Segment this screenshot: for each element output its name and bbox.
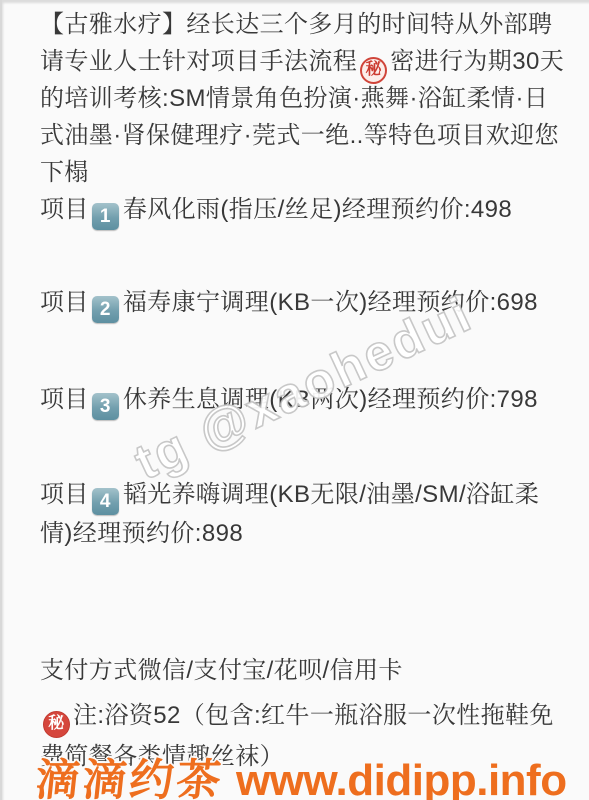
project-item-4: 项目4韬光养嗨调理(KB无限/油墨/SM/浴缸柔情)经理预约价:898	[40, 476, 557, 552]
keycap-3-icon: 3	[92, 393, 119, 420]
project-2-desc: 福寿康宁调理(KB一次)经理预约价:698	[123, 289, 538, 316]
intro-line-2-after: 密进行为期30天	[390, 48, 564, 75]
project-4-prefix: 项目	[40, 481, 89, 508]
keycap-1-icon: 1	[92, 203, 119, 230]
ad-banner: 滴滴约茶www.didipp.info	[36, 744, 567, 800]
project-item-2: 项目2福寿康宁调理(KB一次)经理预约价:698	[40, 284, 557, 323]
keycap-2-icon: 2	[92, 296, 119, 323]
ad-banner-site-name: 滴滴约茶	[33, 744, 228, 800]
intro-line-4: 式油墨·肾保健理疗·莞式一绝..等特色项目欢迎您	[40, 117, 564, 154]
payment-methods-line: 支付方式微信/支付宝/花呗/信用卡	[40, 652, 403, 689]
intro-paragraph: 【古雅水疗】经长达三个多月的时间特从外部聘 请专业人士针对项目手法流程秘密进行为…	[40, 6, 564, 191]
intro-line-5: 下榻	[40, 154, 564, 191]
secret-circle-icon-note: 秘	[43, 711, 70, 738]
project-item-3: 项目3休养生息调理(KB两次)经理预约价:798	[40, 381, 557, 420]
project-item-1: 项目1春风化雨(指压/丝足)经理预约价:498	[40, 191, 557, 230]
project-1-desc: 春风化雨(指压/丝足)经理预约价:498	[123, 196, 512, 223]
intro-line-2: 请专业人士针对项目手法流程秘密进行为期30天	[40, 43, 564, 80]
screenshot-page: 【古雅水疗】经长达三个多月的时间特从外部聘 请专业人士针对项目手法流程秘密进行为…	[0, 0, 589, 800]
intro-line-3: 的培训考核:SM情景角色扮演·燕舞·浴缸柔情·日	[40, 80, 564, 117]
project-2-prefix: 项目	[40, 289, 89, 316]
project-3-desc: 休养生息调理(KB两次)经理预约价:798	[123, 386, 538, 413]
intro-line-1: 【古雅水疗】经长达三个多月的时间特从外部聘	[40, 6, 564, 43]
keycap-4-icon: 4	[92, 488, 119, 515]
intro-line-2-before: 请专业人士针对项目手法流程	[40, 48, 357, 75]
project-3-prefix: 项目	[40, 386, 89, 413]
ad-banner-url: www.didipp.info	[236, 756, 567, 800]
project-1-prefix: 项目	[40, 196, 89, 223]
